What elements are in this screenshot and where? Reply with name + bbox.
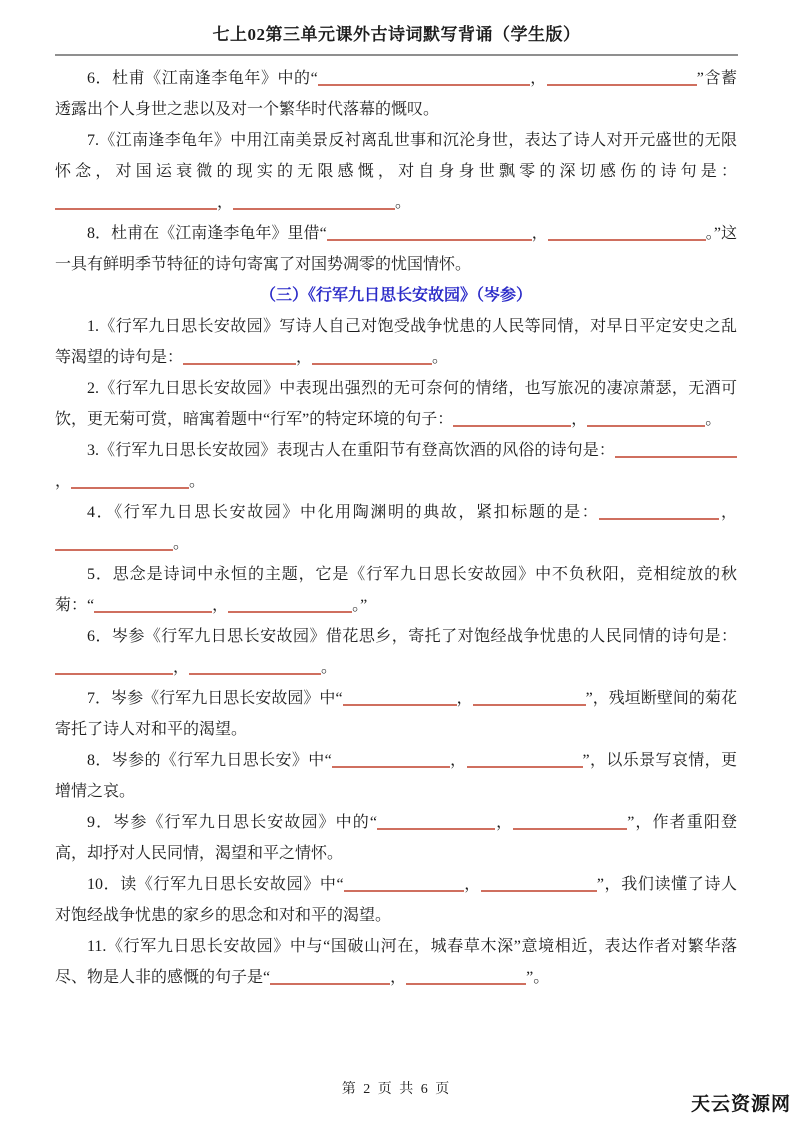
question-paragraph: 4．《行军九日思长安故园》中化用陶渊明的典故，紧扣标题的是：，。: [55, 497, 737, 559]
answer-blank: [406, 969, 526, 985]
question-paragraph: 11.《行军九日思长安故园》中与“国破山河在，城春草木深”意境相近，表达作者对繁…: [55, 931, 737, 993]
answer-blank: [453, 411, 571, 427]
answer-blank: [377, 814, 495, 830]
answer-blank: [55, 535, 173, 551]
answer-blank: [332, 752, 450, 768]
page-number: 第 2 页 共 6 页: [0, 1078, 793, 1098]
question-paragraph: 3.《行军九日思长安故园》表现古人在重阳节有登高饮酒的风俗的诗句是：，。: [55, 435, 737, 497]
document-page: 七上02第三单元课外古诗词默写背诵（学生版） 6．杜甫《江南逢李龟年》中的“，”…: [0, 0, 793, 1122]
question-paragraph: 8．杜甫在《江南逢李龟年》里借“，。”这一具有鲜明季节特征的诗句寄寓了对国势凋零…: [55, 218, 737, 280]
answer-blank: [189, 659, 321, 675]
question-paragraph: 10．读《行军九日思长安故园》中“，”，我们读懂了诗人对饱经战争忧患的家乡的思念…: [55, 869, 737, 931]
answer-blank: [344, 876, 464, 892]
answer-blank: [547, 70, 697, 86]
answer-blank: [599, 504, 719, 520]
page-header-title: 七上02第三单元课外古诗词默写背诵（学生版）: [0, 0, 793, 45]
question-paragraph: 7.《江南逢李龟年》中用江南美景反衬离乱世事和沉沦身世，表达了诗人对开元盛世的无…: [55, 125, 737, 218]
question-paragraph: 9．岑参《行军九日思长安故园》中的“，”，作者重阳登高，却抒对人民同情，渴望和平…: [55, 807, 737, 869]
answer-blank: [270, 969, 390, 985]
answer-blank: [327, 225, 532, 241]
answer-blank: [71, 473, 189, 489]
answer-blank: [343, 690, 457, 706]
answer-blank: [318, 70, 530, 86]
answer-blank: [183, 349, 296, 365]
question-paragraph: 8．岑参的《行军九日思长安》中“，”，以乐景写哀情，更增情之哀。: [55, 745, 737, 807]
answer-blank: [312, 349, 432, 365]
answer-blank: [473, 690, 586, 706]
answer-blank: [548, 225, 706, 241]
question-paragraph: 7．岑参《行军九日思长安故园》中“，”，残垣断壁间的菊花寄托了诗人对和平的渴望。: [55, 683, 737, 745]
question-paragraph: 5．思念是诗词中永恒的主题，它是《行军九日思长安故园》中不负秋阳，竞相绽放的秋菊…: [55, 559, 737, 621]
section-heading: （三）《行军九日思长安故园》（岑参）: [55, 280, 737, 311]
answer-blank: [467, 752, 583, 768]
question-paragraph: 2.《行军九日思长安故园》中表现出强烈的无可奈何的情绪，也写旅况的凄凉萧瑟，无酒…: [55, 373, 737, 435]
site-watermark: 天云资源网: [691, 1089, 791, 1116]
answer-blank: [587, 411, 705, 427]
question-paragraph: 6．杜甫《江南逢李龟年》中的“，”含蓄透露出个人身世之悲以及对一个繁华时代落幕的…: [55, 63, 737, 125]
question-list: 6．杜甫《江南逢李龟年》中的“，”含蓄透露出个人身世之悲以及对一个繁华时代落幕的…: [55, 63, 737, 993]
answer-blank: [513, 814, 627, 830]
question-paragraph: 1.《行军九日思长安故园》写诗人自己对饱受战争忧患的人民等同情，对早日平定安史之…: [55, 311, 737, 373]
answer-blank: [55, 194, 217, 210]
answer-blank: [228, 597, 352, 613]
question-paragraph: 6．岑参《行军九日思长安故园》借花思乡，寄托了对饱经战争忧患的人民同情的诗句是：…: [55, 621, 737, 683]
header-divider: [55, 54, 738, 56]
answer-blank: [233, 194, 395, 210]
answer-blank: [94, 597, 212, 613]
answer-blank: [55, 659, 173, 675]
answer-blank: [481, 876, 597, 892]
answer-blank: [615, 442, 737, 458]
